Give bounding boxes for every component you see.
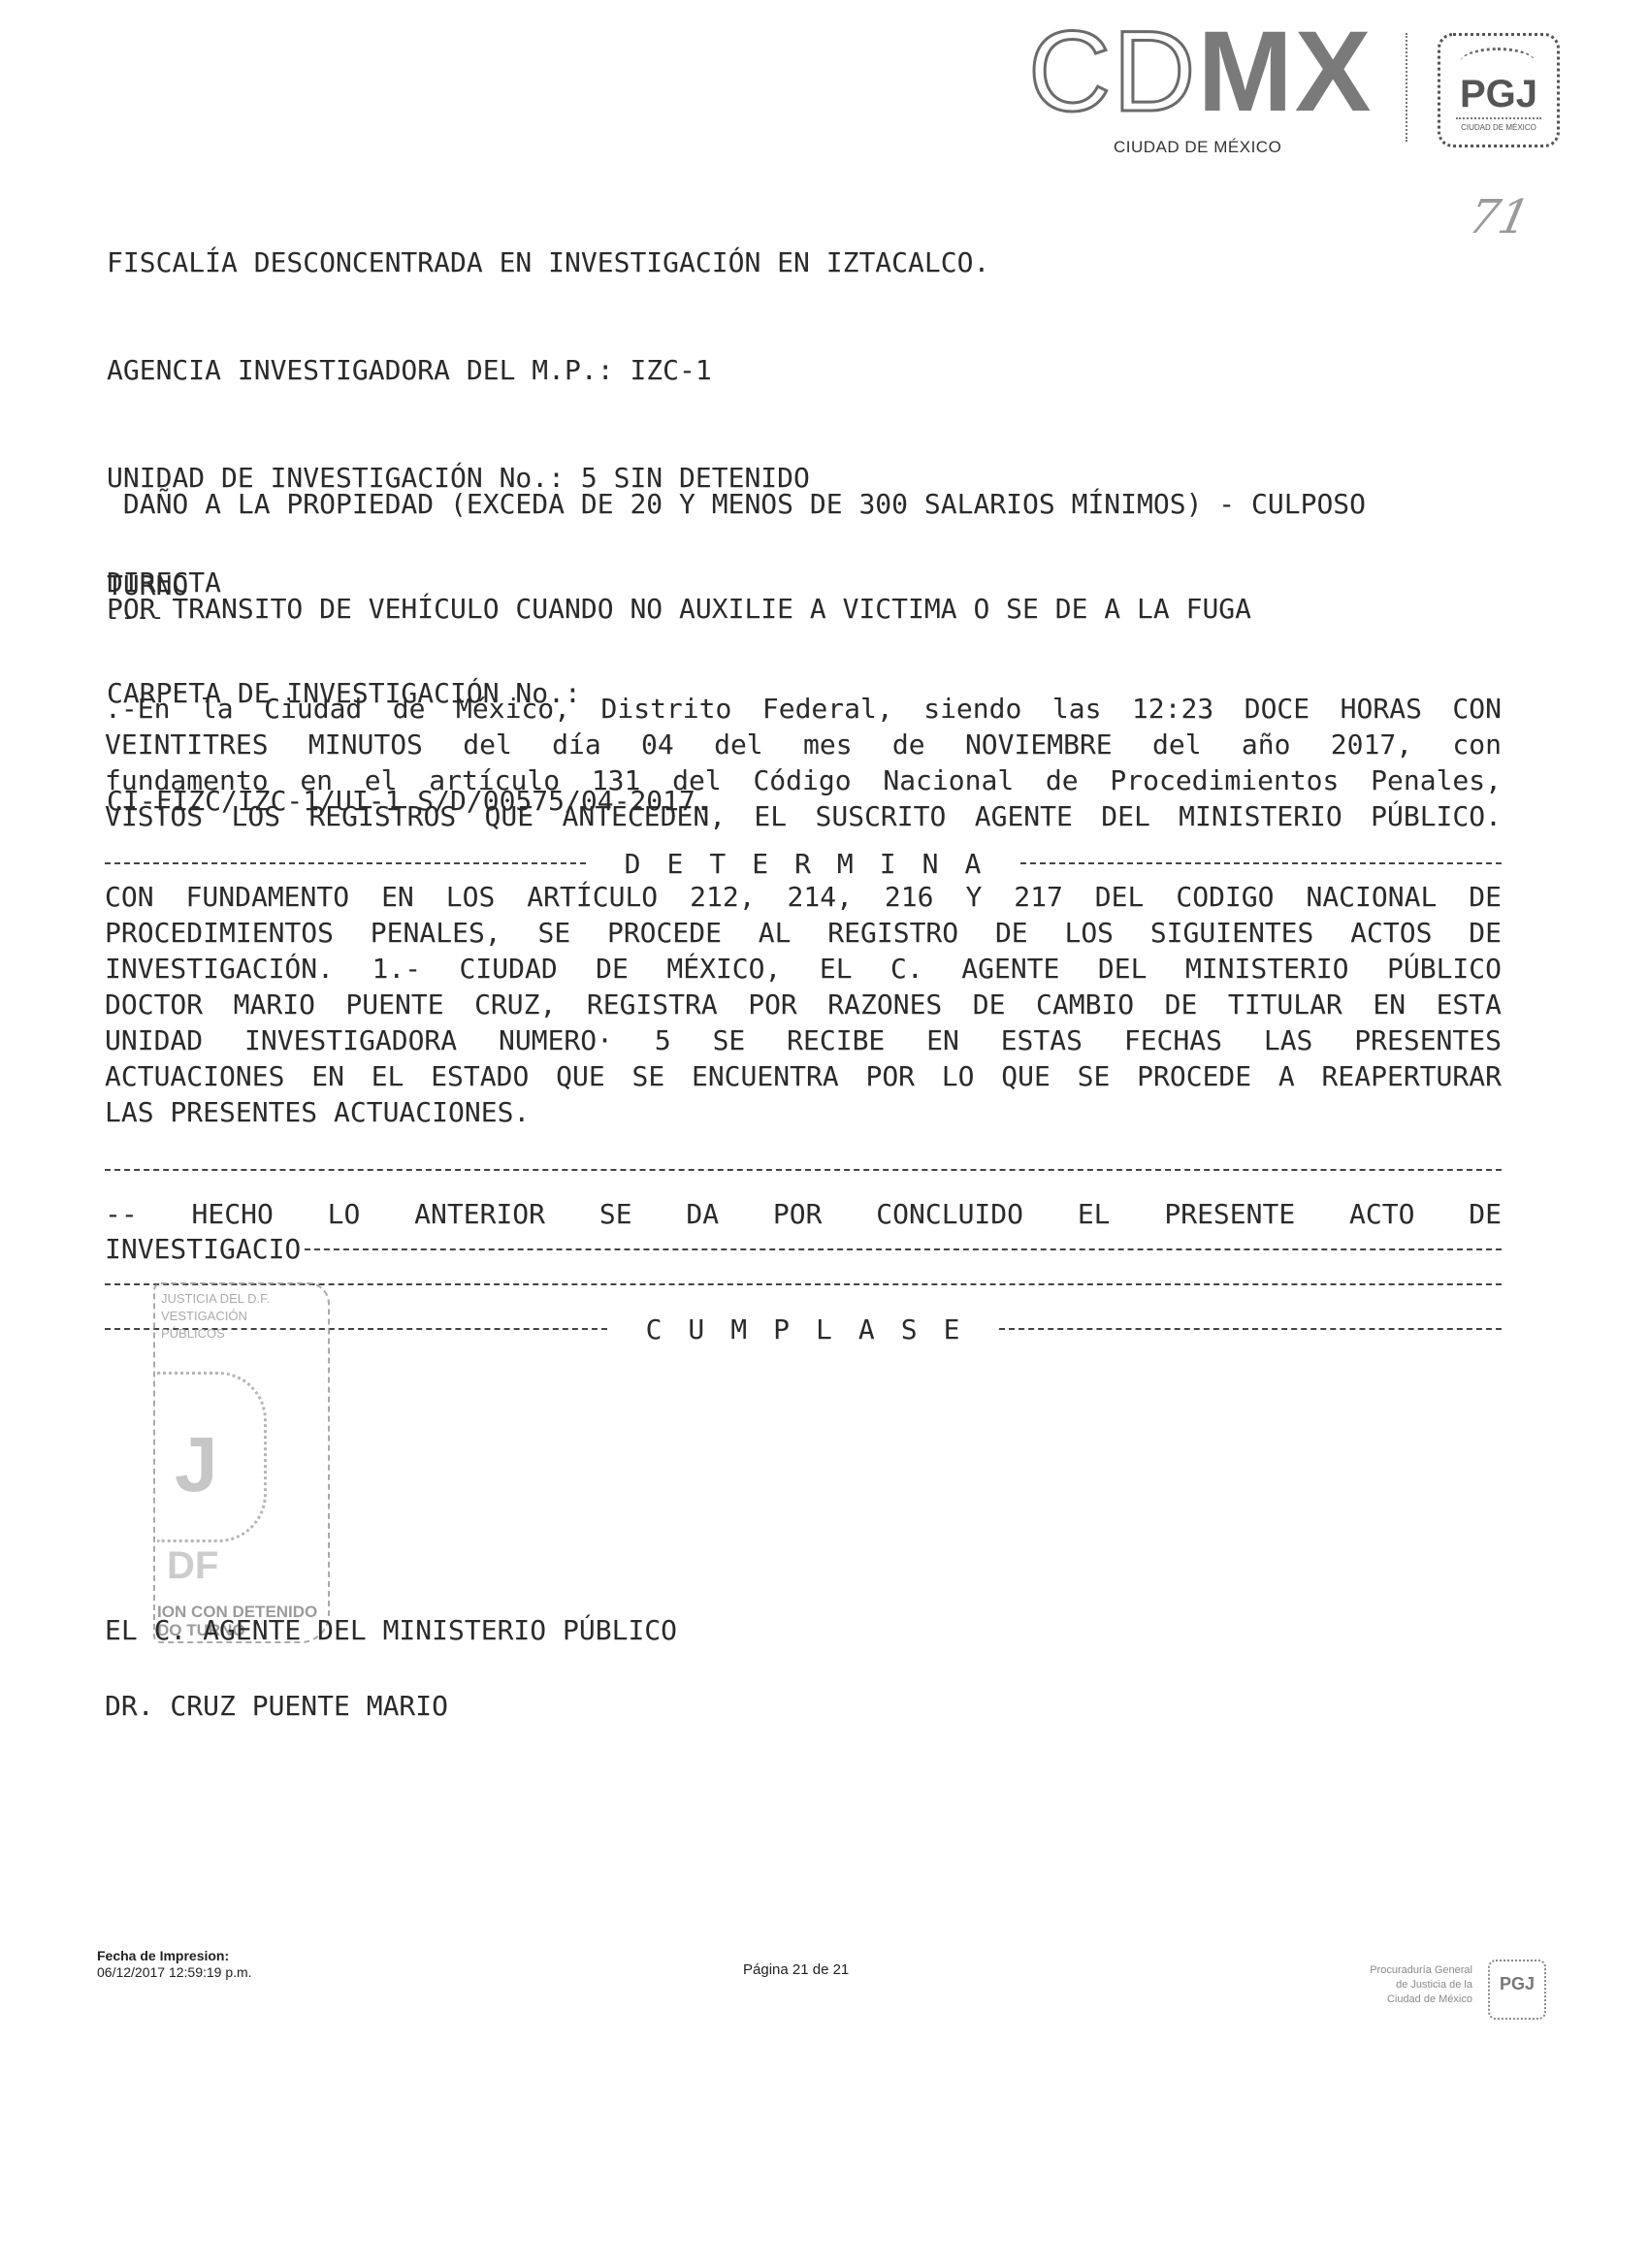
stamp-top-text: JUSTICIA DEL D.F. VESTIGACIÓN PÚBLICOS	[161, 1290, 270, 1343]
print-date: Fecha de Impresion: 06/12/2017 12:59:19 …	[97, 1948, 252, 1981]
print-date-value: 06/12/2017 12:59:19 p.m.	[97, 1964, 252, 1980]
print-date-label: Fecha de Impresion:	[97, 1948, 252, 1964]
agency-line: de Justicia de la	[1327, 1978, 1472, 1993]
stamp-letter: J	[175, 1420, 218, 1509]
pgj-badge-subtitle: CIUDAD DE MÉXICO	[1440, 123, 1557, 132]
section-rule: ----	[107, 605, 166, 630]
stamp-line: VESTIGACIÓN	[161, 1308, 270, 1325]
pgj-footer-icon: PGJ	[1488, 1960, 1546, 2020]
section-type: DIRECTA	[107, 567, 221, 599]
offense-line: POR TRANSITO DE VEHÍCULO CUANDO NO AUXIL…	[107, 592, 1366, 627]
closing-line-continuation: INVESTIGACIO	[105, 1232, 1502, 1267]
closing-line-text: INVESTIGACIO	[105, 1232, 301, 1267]
paragraph-line: DOCTOR MARIO PUENTE CRUZ, REGISTRA POR R…	[105, 987, 1502, 1022]
paragraph-line: VEINTITRES MINUTOS del día 04 del mes de…	[105, 727, 1502, 762]
signer-name: DR. CRUZ PUENTE MARIO	[105, 1690, 448, 1722]
pgj-badge-text: PGJ	[1440, 75, 1557, 113]
dashed-rule	[305, 1248, 1502, 1250]
cumplase-label: CUMPLASE	[607, 1313, 1000, 1345]
determina-separator: DETERMINA	[105, 846, 1502, 881]
signer-title: EL C. AGENTE DEL MINISTERIO PÚBLICO	[105, 1614, 677, 1646]
paragraph-line: .-En la Ciudad de México, Distrito Feder…	[105, 691, 1502, 727]
paragraph-line: fundamento en el artículo 131 del Código…	[105, 762, 1502, 798]
cdmx-wordmark: CDMX	[1028, 14, 1373, 130]
agency-line: Ciudad de México	[1327, 1993, 1472, 2007]
stamp-line: PÚBLICOS	[161, 1325, 270, 1343]
dashed-rule	[999, 1328, 1502, 1330]
agency-line: Procuraduría General	[1327, 1963, 1472, 1978]
offense-description: DAÑO A LA PROPIEDAD (EXCEDA DE 20 Y MENO…	[107, 417, 1366, 662]
pgj-footer-text: PGJ	[1490, 1977, 1544, 1992]
closing-line: -- HECHO LO ANTERIOR SE DA POR CONCLUIDO…	[105, 1197, 1502, 1232]
dashed-rule	[105, 1169, 1502, 1171]
determination-paragraph: CON FUNDAMENTO EN LOS ARTÍCULO 212, 214,…	[105, 879, 1502, 1130]
stamp-line: JUSTICIA DEL D.F.	[161, 1290, 270, 1308]
full-dashed-separator	[105, 1152, 1502, 1187]
paragraph-line: INVESTIGACIÓN. 1.- CIUDAD DE MÉXICO, EL …	[105, 951, 1502, 987]
paragraph-line: PROCEDIMIENTOS PENALES, SE PROCEDE AL RE…	[105, 915, 1502, 951]
logo-divider	[1406, 33, 1407, 142]
determina-label: DETERMINA	[586, 848, 1021, 880]
pgj-badge-rule	[1456, 117, 1541, 119]
stamp-region: DF	[167, 1544, 218, 1588]
heading-fiscalia: FISCALÍA DESCONCENTRADA EN INVESTIGACIÓN…	[107, 244, 989, 280]
paragraph-line: VISTOS LOS REGISTROS QUE ANTECEDEN, EL S…	[105, 798, 1502, 834]
dashed-rule	[105, 862, 586, 864]
cdmx-subtitle: CIUDAD DE MÉXICO	[1114, 138, 1281, 157]
official-stamp: JUSTICIA DEL D.F. VESTIGACIÓN PÚBLICOS J…	[153, 1282, 330, 1643]
paragraph-line: CON FUNDAMENTO EN LOS ARTÍCULO 212, 214,…	[105, 879, 1502, 915]
dashed-rule	[1020, 862, 1502, 864]
heading-agencia: AGENCIA INVESTIGADORA DEL M.P.: IZC-1	[107, 352, 989, 388]
offense-line: DAÑO A LA PROPIEDAD (EXCEDA DE 20 Y MENO…	[107, 487, 1366, 522]
pgj-logo-icon: PGJ CIUDAD DE MÉXICO	[1438, 33, 1560, 147]
paragraph-line: LAS PRESENTES ACTUACIONES.	[105, 1094, 1502, 1130]
agency-name: Procuraduría General de Justicia de la C…	[1327, 1963, 1472, 2007]
closing-statement: -- HECHO LO ANTERIOR SE DA POR CONCLUIDO…	[105, 1197, 1502, 1267]
cdmx-logo: CDMX CIUDAD DE MÉXICO	[1028, 19, 1377, 146]
opening-paragraph: .-En la Ciudad de México, Distrito Feder…	[105, 691, 1502, 834]
paragraph-line: ACTUACIONES EN EL ESTADO QUE SE ENCUENTR…	[105, 1058, 1502, 1094]
page-indicator: Página 21 de 21	[743, 1961, 849, 1978]
handwritten-page-number: 71	[1464, 190, 1535, 244]
paragraph-line: UNIDAD INVESTIGADORA NUMERO· 5 SE RECIBE…	[105, 1022, 1502, 1058]
